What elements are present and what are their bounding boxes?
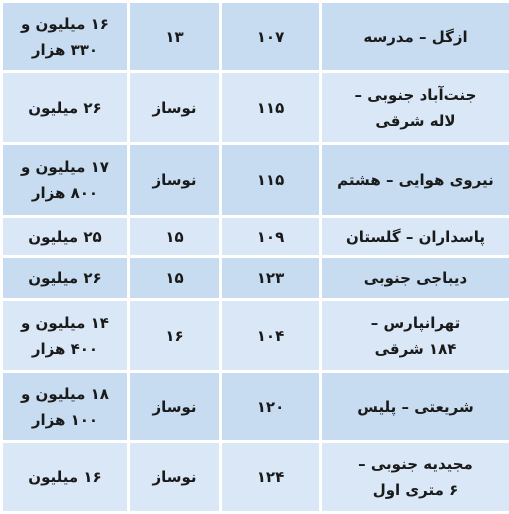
price-cell: ۱۶ میلیون و ۳۳۰ هزار	[2, 2, 129, 72]
area-cell: ۱۱۵	[221, 72, 321, 144]
table-row: مجیدیه جنوبی – ۶ متری اول ۱۲۴ نوساز ۱۶ م…	[2, 442, 509, 512]
neighborhood-line: لاله شرقی	[328, 108, 503, 134]
table-row: ازگل – مدرسه ۱۰۷ ۱۳ ۱۶ میلیون و ۳۳۰ هزار	[2, 2, 509, 72]
price-line: ۱۶ میلیون	[9, 464, 121, 490]
area-cell: ۱۰۹	[221, 217, 321, 257]
neighborhood-cell: ازگل – مدرسه	[321, 2, 509, 72]
neighborhood-line: جنت‌آباد جنوبی –	[328, 82, 503, 108]
price-cell: ۱۴ میلیون و ۴۰۰ هزار	[2, 300, 129, 372]
price-line: ۱۶ میلیون و	[9, 11, 121, 37]
area-cell: ۱۲۰	[221, 372, 321, 442]
neighborhood-line: تهرانپارس –	[328, 310, 503, 336]
age-cell: نوساز	[129, 442, 221, 512]
neighborhood-line: دیباجی جنوبی	[328, 265, 503, 291]
table-row: نیروی هوایی – هشتم ۱۱۵ نوساز ۱۷ میلیون و…	[2, 144, 509, 217]
price-cell: ۱۶ میلیون	[2, 442, 129, 512]
price-cell: ۲۶ میلیون	[2, 72, 129, 144]
area-cell: ۱۲۳	[221, 257, 321, 300]
price-cell: ۱۸ میلیون و ۱۰۰ هزار	[2, 372, 129, 442]
table-row: تهرانپارس – ۱۸۴ شرقی ۱۰۴ ۱۶ ۱۴ میلیون و …	[2, 300, 509, 372]
age-cell: ۱۵	[129, 217, 221, 257]
price-cell: ۲۵ میلیون	[2, 217, 129, 257]
neighborhood-line: ۶ متری اول	[328, 477, 503, 503]
area-cell: ۱۰۷	[221, 2, 321, 72]
neighborhood-cell: شریعتی – پلیس	[321, 372, 509, 442]
price-cell: ۲۶ میلیون	[2, 257, 129, 300]
table-row: شریعتی – پلیس ۱۲۰ نوساز ۱۸ میلیون و ۱۰۰ …	[2, 372, 509, 442]
table-row: دیباجی جنوبی ۱۲۳ ۱۵ ۲۶ میلیون	[2, 257, 509, 300]
neighborhood-line: شریعتی – پلیس	[328, 394, 503, 420]
neighborhood-line: ۱۸۴ شرقی	[328, 336, 503, 362]
price-line: ۱۰۰ هزار	[9, 407, 121, 433]
age-cell: ۱۳	[129, 2, 221, 72]
price-line: ۱۴ میلیون و	[9, 310, 121, 336]
price-line: ۱۸ میلیون و	[9, 381, 121, 407]
neighborhood-line: نیروی هوایی – هشتم	[328, 167, 503, 193]
table-row: پاسداران – گلستان ۱۰۹ ۱۵ ۲۵ میلیون	[2, 217, 509, 257]
area-cell: ۱۲۴	[221, 442, 321, 512]
age-cell: نوساز	[129, 372, 221, 442]
price-line: ۲۶ میلیون	[9, 265, 121, 291]
table-row: جنت‌آباد جنوبی – لاله شرقی ۱۱۵ نوساز ۲۶ …	[2, 72, 509, 144]
age-cell: ۱۵	[129, 257, 221, 300]
area-cell: ۱۱۵	[221, 144, 321, 217]
price-line: ۲۵ میلیون	[9, 224, 121, 250]
age-cell: نوساز	[129, 72, 221, 144]
price-line: ۳۳۰ هزار	[9, 37, 121, 63]
price-line: ۴۰۰ هزار	[9, 336, 121, 362]
neighborhood-cell: تهرانپارس – ۱۸۴ شرقی	[321, 300, 509, 372]
neighborhood-line: پاسداران – گلستان	[328, 224, 503, 250]
neighborhood-line: مجیدیه جنوبی –	[328, 451, 503, 477]
age-cell: ۱۶	[129, 300, 221, 372]
age-cell: نوساز	[129, 144, 221, 217]
price-line: ۱۷ میلیون و	[9, 154, 121, 180]
neighborhood-line: ازگل – مدرسه	[328, 24, 503, 50]
price-line: ۲۶ میلیون	[9, 95, 121, 121]
neighborhood-cell: پاسداران – گلستان	[321, 217, 509, 257]
price-line: ۸۰۰ هزار	[9, 180, 121, 206]
price-cell: ۱۷ میلیون و ۸۰۰ هزار	[2, 144, 129, 217]
area-cell: ۱۰۴	[221, 300, 321, 372]
housing-price-table: ازگل – مدرسه ۱۰۷ ۱۳ ۱۶ میلیون و ۳۳۰ هزار…	[0, 0, 509, 511]
neighborhood-cell: جنت‌آباد جنوبی – لاله شرقی	[321, 72, 509, 144]
neighborhood-cell: نیروی هوایی – هشتم	[321, 144, 509, 217]
neighborhood-cell: مجیدیه جنوبی – ۶ متری اول	[321, 442, 509, 512]
neighborhood-cell: دیباجی جنوبی	[321, 257, 509, 300]
